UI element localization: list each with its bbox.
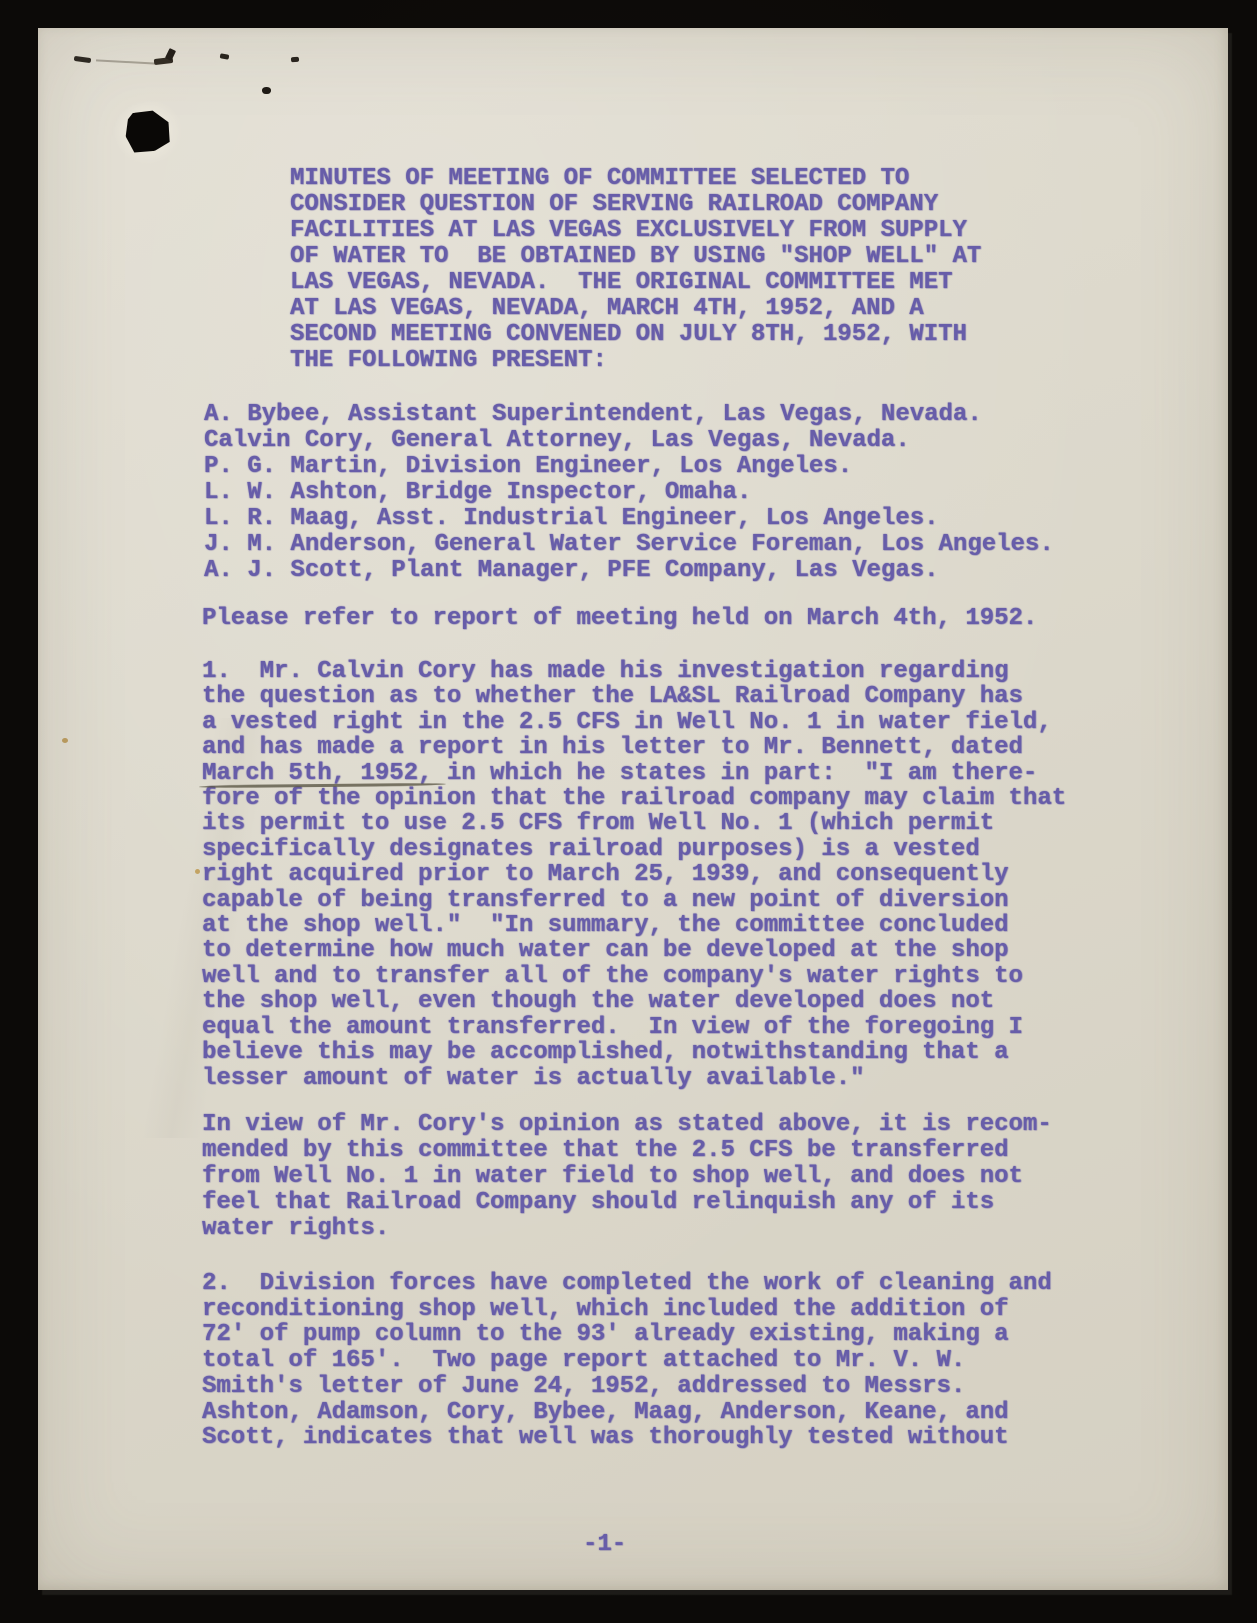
text-line: THE FOLLOWING PRESENT: <box>290 348 981 374</box>
reference-note: Please refer to report of meeting held o… <box>202 606 1037 632</box>
text-line: the shop well, even though the water dev… <box>202 989 1066 1014</box>
text-line: total of 165'. Two page report attached … <box>202 1348 1052 1374</box>
text-line: March 5th, 1952, in which he states in p… <box>202 761 1066 786</box>
text-line: capable of being transferred to a new po… <box>202 888 1066 913</box>
text-line: CONSIDER QUESTION OF SERVING RAILROAD CO… <box>290 192 981 218</box>
text-line: equal the amount transferred. In view of… <box>202 1015 1066 1040</box>
text-line: OF WATER TO BE OBTAINED BY USING "SHOP W… <box>290 244 981 270</box>
page-number: -1- <box>583 1532 626 1558</box>
text-line: FACILITIES AT LAS VEGAS EXCLUSIVELY FROM… <box>290 218 981 244</box>
text-line: reconditioning shop well, which included… <box>202 1297 1052 1323</box>
text-line: Smith's letter of June 24, 1952, address… <box>202 1374 1052 1400</box>
document-title: MINUTES OF MEETING OF COMMITTEE SELECTED… <box>290 166 981 374</box>
text-line: believe this may be accomplished, notwit… <box>202 1040 1066 1065</box>
text-line: Calvin Cory, General Attorney, Las Vegas… <box>204 428 1054 454</box>
pencil-underlined-text: March 5th, 1952, <box>202 760 432 787</box>
text-line: In view of Mr. Cory's opinion as stated … <box>202 1112 1052 1138</box>
text-line: its permit to use 2.5 CFS from Well No. … <box>202 811 1066 836</box>
text-line: a vested right in the 2.5 CFS in Well No… <box>202 710 1066 735</box>
text-line: L. W. Ashton, Bridge Inspector, Omaha. <box>204 480 1054 506</box>
document-page: MINUTES OF MEETING OF COMMITTEE SELECTED… <box>38 28 1228 1590</box>
minutes-item-1: 1. Mr. Calvin Cory has made his investig… <box>202 659 1066 1091</box>
text-line: Please refer to report of meeting held o… <box>202 606 1037 632</box>
text-line: water rights. <box>202 1216 1052 1242</box>
committee-recommendation: In view of Mr. Cory's opinion as stated … <box>202 1112 1052 1242</box>
text-line: mended by this committee that the 2.5 CF… <box>202 1138 1052 1164</box>
text-line: J. M. Anderson, General Water Service Fo… <box>204 532 1054 558</box>
text-line: Ashton, Adamson, Cory, Bybee, Maag, Ande… <box>202 1400 1052 1426</box>
text-line: the question as to whether the LA&SL Rai… <box>202 684 1066 709</box>
minutes-item-2: 2. Division forces have completed the wo… <box>202 1271 1052 1451</box>
text-line: at the shop well." "In summary, the comm… <box>202 913 1066 938</box>
text-line: SECOND MEETING CONVENED ON JULY 8TH, 195… <box>290 322 981 348</box>
text-line: well and to transfer all of the company'… <box>202 964 1066 989</box>
text-line: 72' of pump column to the 93' already ex… <box>202 1322 1052 1348</box>
text-line: 2. Division forces have completed the wo… <box>202 1271 1052 1297</box>
text-line: from Well No. 1 in water field to shop w… <box>202 1164 1052 1190</box>
text-line: lesser amount of water is actually avail… <box>202 1066 1066 1091</box>
attendee-list: A. Bybee, Assistant Superintendent, Las … <box>204 402 1054 584</box>
text-line: right acquired prior to March 25, 1939, … <box>202 862 1066 887</box>
text-line: specifically designates railroad purpose… <box>202 837 1066 862</box>
text-line: AT LAS VEGAS, NEVADA, MARCH 4TH, 1952, A… <box>290 296 981 322</box>
text-line: 1. Mr. Calvin Cory has made his investig… <box>202 659 1066 684</box>
text-line: feel that Railroad Company should relinq… <box>202 1190 1052 1216</box>
text-line: L. R. Maag, Asst. Industrial Engineer, L… <box>204 506 1054 532</box>
text-line: to determine how much water can be devel… <box>202 938 1066 963</box>
text-line: and has made a report in his letter to M… <box>202 735 1066 760</box>
text-line: A. J. Scott, Plant Manager, PFE Company,… <box>204 558 1054 584</box>
text-line: A. Bybee, Assistant Superintendent, Las … <box>204 402 1054 428</box>
text-line: LAS VEGAS, NEVADA. THE ORIGINAL COMMITTE… <box>290 270 981 296</box>
text-line: Scott, indicates that well was thoroughl… <box>202 1425 1052 1451</box>
text-line: P. G. Martin, Division Engineer, Los Ang… <box>204 454 1054 480</box>
scan-background: MINUTES OF MEETING OF COMMITTEE SELECTED… <box>0 0 1257 1623</box>
text-line: MINUTES OF MEETING OF COMMITTEE SELECTED… <box>290 166 981 192</box>
text-line: fore of the opinion that the railroad co… <box>202 786 1066 811</box>
typewritten-text-layer: MINUTES OF MEETING OF COMMITTEE SELECTED… <box>38 28 1228 1590</box>
